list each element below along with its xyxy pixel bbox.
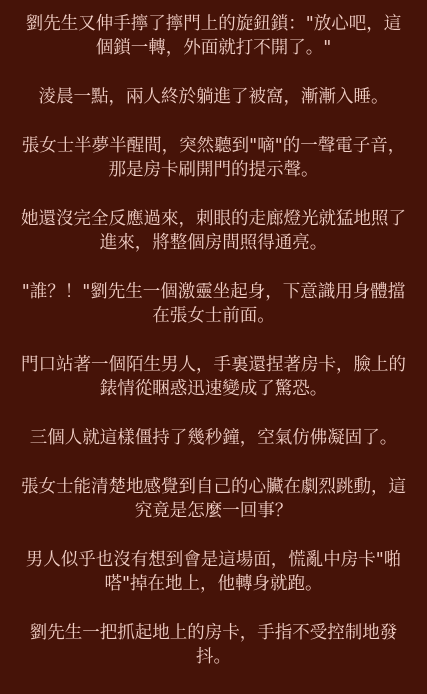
- story-text: 劉先生又伸手擰了擰門上的旋鈕鎖："放心吧，這個鎖一轉，外面就打不開了。" 淩晨一…: [0, 0, 427, 669]
- paragraph: 張女士半夢半醒間，突然聽到"嘀"的一聲電子音，那是房卡刷開門的提示聲。: [18, 134, 409, 182]
- paragraph: 門口站著一個陌生男人，手裏還捏著房卡，臉上的錶情從睏惑迅速變成了驚恐。: [18, 353, 409, 401]
- paragraph: "誰？！"劉先生一個激靈坐起身，下意識用身體擋在張女士前面。: [18, 280, 409, 328]
- paragraph: 劉先生又伸手擰了擰門上的旋鈕鎖："放心吧，這個鎖一轉，外面就打不開了。": [18, 12, 409, 60]
- paragraph: 淩晨一點，兩人終於躺進了被窩，漸漸入睡。: [18, 85, 409, 109]
- paragraph: 她還沒完全反應過來，刺眼的走廊燈光就猛地照了進來，將整個房間照得通亮。: [18, 207, 409, 255]
- paragraph: 男人似乎也沒有想到會是這場面，慌亂中房卡"啪嗒"掉在地上，他轉身就跑。: [18, 548, 409, 596]
- paragraph: 劉先生一把抓起地上的房卡，手指不受控制地發抖。: [18, 621, 409, 669]
- paragraph: 三個人就這樣僵持了幾秒鐘，空氣仿佛凝固了。: [18, 426, 409, 450]
- paragraph: 張女士能清楚地感覺到自己的心臟在劇烈跳動，這究竟是怎麼一回事？: [18, 475, 409, 523]
